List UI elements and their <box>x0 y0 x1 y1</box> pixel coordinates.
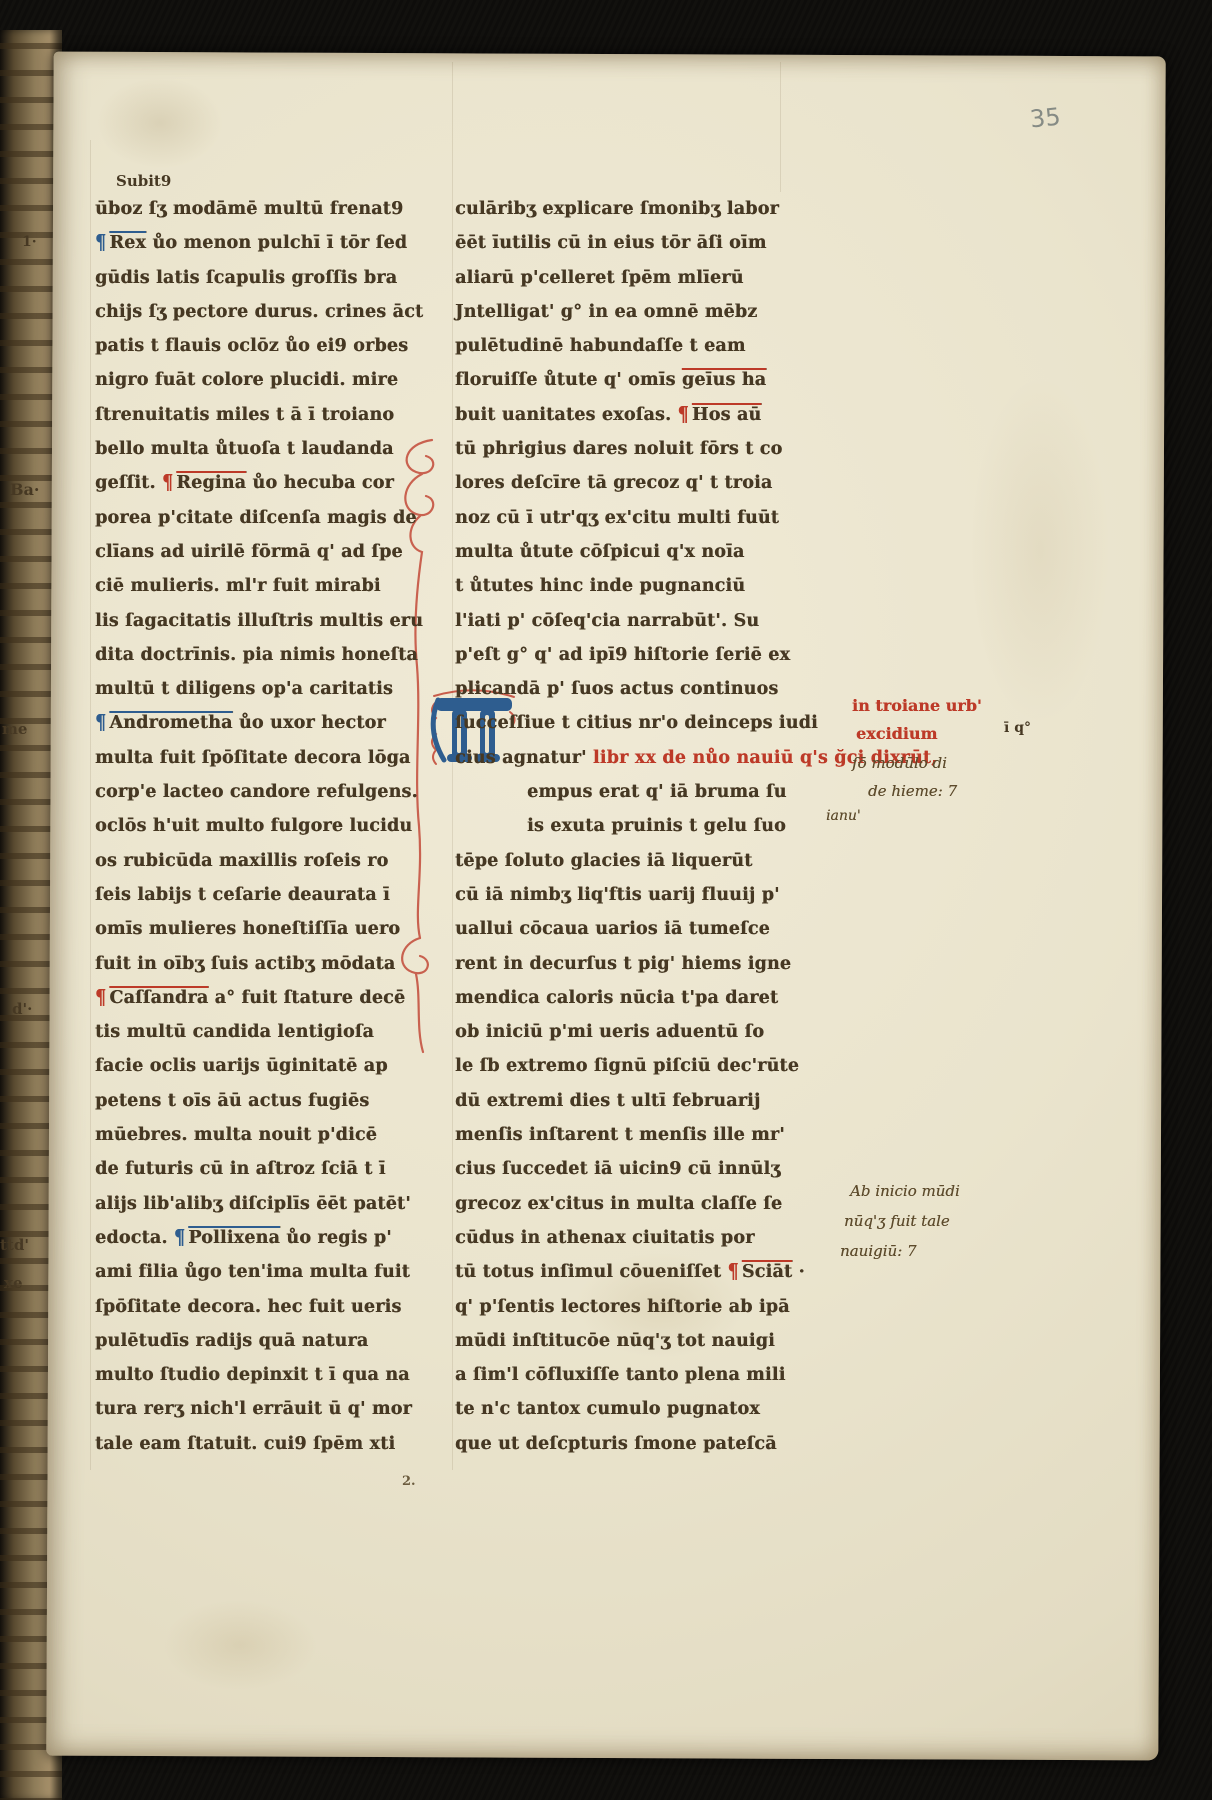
margin-note: xe <box>4 1274 23 1292</box>
text-segment: is exuta pruinis t gelu ſuo <box>527 816 786 836</box>
text-line: noz cū ī utr'qʒ ex'citu multi fuūt <box>455 501 803 535</box>
margin-note: excidium <box>856 724 937 743</box>
text-line: dita doctrīnis. pia nimis honeſta <box>95 638 441 672</box>
text-segment: lores deſcīre tā grecoz q' t troia <box>455 473 772 493</box>
text-segment: ůo menon pulchī ī tōr ſed <box>146 233 407 253</box>
text-line: ſucceſſiue t citius nr'o deinceps iudi <box>455 706 803 740</box>
text-line: fuit in oībʒ ſuis actibʒ mōdata <box>95 947 441 981</box>
text-line: ſeis labijs t ceſarie deaurata ī <box>95 878 441 912</box>
text-line: nigro fuāt colore plucidi. mire <box>95 363 441 397</box>
paraph-mark: ¶ <box>95 703 106 743</box>
text-segment: ſpōſitate decora. hec fuit ueris <box>95 1297 401 1317</box>
text-segment: empus erat q' iā bruma ſu <box>527 782 787 802</box>
text-segment: bello multa ůtuoſa t laudanda <box>95 439 394 459</box>
text-segment: plicandā p' ſuos actus continuos <box>455 679 778 699</box>
text-line: mendica caloris nūcia t'pa daret <box>455 981 803 1015</box>
text-line: alijs lib'alibʒ diſciplīs ēēt patēt' <box>95 1187 441 1221</box>
text-line: ſpōſitate decora. hec fuit ueris <box>95 1290 441 1324</box>
margin-note: Ba· <box>10 480 39 499</box>
text-segment: geſſit. <box>95 473 162 493</box>
text-segment: porea p'citate diſcenſa magis de <box>95 508 417 528</box>
text-segment: uallui cōcaua uarios iā tumeſce <box>455 919 770 939</box>
text-segment: multo ſtudio depinxit t ī qua na <box>95 1365 410 1385</box>
text-segment: Andrometha <box>109 713 232 733</box>
text-segment: ami filia ůgo ten'ima multa fuit <box>95 1262 410 1282</box>
text-segment: cius agnatur' <box>455 748 593 768</box>
margin-note: in troiane urb' <box>852 696 982 715</box>
text-segment: ůo uxor hector <box>233 713 386 733</box>
text-line: patis t flauis oclōz ůo ei9 orbes <box>95 329 441 363</box>
text-line: multū t diligens op'a caritatis <box>95 672 441 706</box>
text-segment: cū iā nimbʒ liq'ftis uarij fluuij p' <box>455 885 780 905</box>
text-segment: Caſſandra <box>109 988 208 1008</box>
text-segment: pulētudīs radijs quā natura <box>95 1331 368 1351</box>
text-line: mūebres. multa nouit p'dicē <box>95 1118 441 1152</box>
text-segment: dū extremi dies t ultī februarij <box>455 1091 760 1111</box>
text-line: ¶Rex ůo menon pulchī ī tōr ſed <box>95 226 441 260</box>
text-segment: tale eam ſtatuit. cui9 ſpēm xti <box>95 1434 395 1454</box>
margin-note: Subit9 <box>116 172 171 190</box>
margin-note: de hieme: 7 <box>868 782 957 800</box>
margin-note: 1· <box>22 234 37 250</box>
text-segment: buit uanitates exoſas. <box>455 405 678 425</box>
text-line: culāribʒ explicare ſmonibʒ labor <box>455 192 803 226</box>
paraph-mark: ¶ <box>95 978 106 1018</box>
text-line: lores deſcīre tā grecoz q' t troia <box>455 466 803 500</box>
text-line: dū extremi dies t ultī februarij <box>455 1084 803 1118</box>
text-segment: Rex <box>109 233 146 253</box>
margin-note: ī q° <box>1004 720 1031 736</box>
text-line: l'iati p' cōſeq'cia narrabūt'. Su <box>455 604 803 638</box>
text-line: menſis inſtarent t menſis ille mr' <box>455 1118 803 1152</box>
paraph-mark: ¶ <box>95 223 106 263</box>
text-line: cius agnatur' libr xx de nůo nauiū q's ğ… <box>455 741 803 775</box>
text-segment: lis ſagacitatis illuſtris multis eru <box>95 611 423 631</box>
text-line: tū totus inſimul cōueniſſet ¶Sciāt · <box>455 1255 803 1289</box>
text-column-left: ūboz ſʒ modāmē multū frenat9¶Rex ůo meno… <box>95 192 441 1461</box>
text-segment: ēēt īutilis cū in eius tōr āſi oīm <box>455 233 767 253</box>
text-segment: cūdus in athenax ciuitatis por <box>455 1228 755 1248</box>
paraph-mark: ¶ <box>174 1218 185 1258</box>
text-line: tura rerʒ nich'l errāuit ū q' mor <box>95 1392 441 1426</box>
text-line: t ůtutes hinc inde pugnanciū <box>455 569 803 603</box>
text-segment: omīs mulieres honeſtiſſīa uero <box>95 919 400 939</box>
text-line: plicandā p' ſuos actus continuos <box>455 672 803 706</box>
text-segment: facie oclis uarijs ūginitatē ap <box>95 1056 388 1076</box>
text-segment: l'iati p' cōſeq'cia narrabūt'. Su <box>455 611 759 631</box>
text-line: tis multū candida lentigioſa <box>95 1015 441 1049</box>
text-segment: edocta. <box>95 1228 174 1248</box>
manuscript-photo: 35 ūboz ſʒ modāmē multū <box>0 0 1212 1800</box>
text-line: geſſit. ¶Regina ůo hecuba cor <box>95 466 441 500</box>
text-line: ſtrenuitatis miles t ā ī troiano <box>95 398 441 432</box>
text-line: oclōs h'uit multo fulgore lucidu <box>95 809 441 843</box>
text-segment: multū t diligens op'a caritatis <box>95 679 393 699</box>
text-segment: patis t flauis oclōz ůo ei9 orbes <box>95 336 408 356</box>
text-line: buit uanitates exoſas. ¶Hos aū <box>455 398 803 432</box>
text-line: tēpe ſoluto glacies iā liquerūt <box>455 844 803 878</box>
text-segment: ciē mulieris. ml'r fuit mirabi <box>95 576 381 596</box>
folio-number: 35 <box>1029 102 1062 133</box>
text-segment: noz cū ī utr'qʒ ex'citu multi fuūt <box>455 508 779 528</box>
text-segment: Pollixena <box>188 1228 280 1248</box>
text-line: le ſb extremo ſignū piſciū dec'rūte <box>455 1049 803 1083</box>
text-segment: Sciāt <box>742 1262 792 1282</box>
text-line: corp'e lacteo candore refulgens. <box>95 775 441 809</box>
text-line: os rubicūda maxillis roſeis ro <box>95 844 441 878</box>
text-segment: clīans ad uirilē fōrmā q' ad ſpe <box>95 542 403 562</box>
text-segment: ob iniciū p'mi ueris aduentū ſo <box>455 1022 764 1042</box>
text-line: ūboz ſʒ modāmē multū frenat9 <box>95 192 441 226</box>
text-line: petens t oīs āū actus fugiēs <box>95 1084 441 1118</box>
text-segment: nigro fuāt colore plucidi. mire <box>95 370 398 390</box>
quire-mark: 2. <box>402 1474 416 1489</box>
text-line: porea p'citate diſcenſa magis de <box>95 501 441 535</box>
text-segment: q' p'ſentis lectores hiſtorie ab ipā <box>455 1297 790 1317</box>
text-segment: ſucceſſiue t citius nr'o deinceps iudi <box>455 713 818 733</box>
text-segment: menſis inſtarent t menſis ille mr' <box>455 1125 785 1145</box>
text-line: ¶Andrometha ůo uxor hector <box>95 706 441 740</box>
text-line: q' p'ſentis lectores hiſtorie ab ipā <box>455 1290 803 1324</box>
text-column-right: culāribʒ explicare ſmonibʒ laborēēt īuti… <box>455 192 803 1461</box>
text-segment: aliarū p'celleret ſpēm mlīerū <box>455 268 744 288</box>
text-segment: t ůtutes hinc inde pugnanciū <box>455 576 745 596</box>
text-segment: culāribʒ explicare ſmonibʒ labor <box>455 199 779 219</box>
text-segment: cius ſuccedet iā uicin9 cū innūlʒ <box>455 1159 780 1179</box>
margin-note: nauigiū: 7 <box>840 1242 917 1260</box>
text-segment: mūdi inſtitucōe nūq'ʒ tot nauigi <box>455 1331 775 1351</box>
text-segment: grecoz ex'citus in multa claſſe ſe <box>455 1194 782 1214</box>
text-line: a ſim'l cōfluxiſſe tanto plena mili <box>455 1358 803 1392</box>
text-segment: tēpe ſoluto glacies iā liquerūt <box>455 851 752 871</box>
text-line: cū iā nimbʒ liq'ftis uarij fluuij p' <box>455 878 803 912</box>
margin-note: ttd' <box>0 1236 29 1254</box>
text-line: rent in decurſus t pig' hiems igne <box>455 947 803 981</box>
text-segment: fuit in oībʒ ſuis actibʒ mōdata <box>95 954 395 974</box>
margin-note: Ab inicio mūdi <box>850 1182 960 1200</box>
text-line: uallui cōcaua uarios iā tumeſce <box>455 912 803 946</box>
text-line: chijs ſʒ pectore durus. crines āct <box>95 295 441 329</box>
text-line: tale eam ſtatuit. cui9 ſpēm xti <box>95 1427 441 1461</box>
text-segment: que ut deſcpturis ſmone pateſcā <box>455 1434 777 1454</box>
text-line: multa fuit ſpōſitate decora lōga <box>95 741 441 775</box>
text-line: p'eſt g° q' ad ipī9 hiſtorie ſeriē ex <box>455 638 803 672</box>
text-segment: gūdis latis ſcapulis groſſis bra <box>95 268 397 288</box>
text-segment: rent in decurſus t pig' hiems igne <box>455 954 791 974</box>
margin-note: ſō modūlo di <box>852 754 947 772</box>
text-line: pulētudīs radijs quā natura <box>95 1324 441 1358</box>
text-segment: corp'e lacteo candore refulgens. <box>95 782 418 802</box>
text-line: edocta. ¶Pollixena ůo regis p' <box>95 1221 441 1255</box>
text-line: empus erat q' iā bruma ſu <box>527 775 803 809</box>
text-line: ob iniciū p'mi ueris aduentū ſo <box>455 1015 803 1049</box>
text-segment: Hos aū <box>692 405 761 425</box>
text-line: cūdus in athenax ciuitatis por <box>455 1221 803 1255</box>
text-line: aliarū p'celleret ſpēm mlīerū <box>455 261 803 295</box>
text-line: gūdis latis ſcapulis groſſis bra <box>95 261 441 295</box>
text-segment: pulētudinē habundaſſe t eam <box>455 336 746 356</box>
text-segment: Regina <box>176 473 246 493</box>
text-segment: tū phrigius dares noluit fōrs t co <box>455 439 782 459</box>
text-line: floruiſſe ůtute q' omīs geīus ha <box>455 363 803 397</box>
margin-note: me <box>2 720 27 738</box>
text-segment: le ſb extremo ſignū piſciū dec'rūte <box>455 1056 799 1076</box>
text-line: pulētudinē habundaſſe t eam <box>455 329 803 363</box>
margin-note: nūq'ʒ fuit tale <box>844 1212 950 1230</box>
text-line: multa ůtute cōſpicui q'x noīa <box>455 535 803 569</box>
text-segment: ůo regis p' <box>280 1228 392 1248</box>
text-line: grecoz ex'citus in multa claſſe ſe <box>455 1187 803 1221</box>
text-line: de futuris cū in aſtroz ſciā t ī <box>95 1152 441 1186</box>
text-segment: ůo hecuba cor <box>246 473 394 493</box>
text-segment: Jntelligat' g° in ea omnē mēbz <box>455 302 757 322</box>
text-line: te n'c tantox cumulo pugnatox <box>455 1392 803 1426</box>
text-segment: oclōs h'uit multo fulgore lucidu <box>95 816 412 836</box>
text-segment: a° fuit ſtature decē <box>208 988 405 1008</box>
text-line: clīans ad uirilē fōrmā q' ad ſpe <box>95 535 441 569</box>
text-line: Jntelligat' g° in ea omnē mēbz <box>455 295 803 329</box>
text-line: is exuta pruinis t gelu ſuo <box>527 809 803 843</box>
text-segment: floruiſſe ůtute q' omīs <box>455 370 682 390</box>
text-segment: alijs lib'alibʒ diſciplīs ēēt patēt' <box>95 1194 411 1214</box>
text-line: cius ſuccedet iā uicin9 cū innūlʒ <box>455 1152 803 1186</box>
text-segment: ūboz ſʒ modāmē multū frenat9 <box>95 199 403 219</box>
text-segment: chijs ſʒ pectore durus. crines āct <box>95 302 423 322</box>
text-segment: petens t oīs āū actus fugiēs <box>95 1091 369 1111</box>
text-segment: multa fuit ſpōſitate decora lōga <box>95 748 410 768</box>
text-segment: geīus ha <box>682 370 766 390</box>
text-segment: p'eſt g° q' ad ipī9 hiſtorie ſeriē ex <box>455 645 790 665</box>
text-segment: mendica caloris nūcia t'pa daret <box>455 988 778 1008</box>
text-segment: ſtrenuitatis miles t ā ī troiano <box>95 405 394 425</box>
text-segment: mūebres. multa nouit p'dicē <box>95 1125 377 1145</box>
text-line: ciē mulieris. ml'r fuit mirabi <box>95 569 441 603</box>
text-segment: tū totus inſimul cōueniſſet <box>455 1262 727 1282</box>
text-line: ¶Caſſandra a° fuit ſtature decē <box>95 981 441 1015</box>
text-line: facie oclis uarijs ūginitatē ap <box>95 1049 441 1083</box>
ruling-line <box>780 62 781 192</box>
margin-note: ianu' <box>826 808 861 824</box>
text-segment: multa ůtute cōſpicui q'x noīa <box>455 542 744 562</box>
text-line: ami filia ůgo ten'ima multa fuit <box>95 1255 441 1289</box>
text-segment: a ſim'l cōfluxiſſe tanto plena mili <box>455 1365 785 1385</box>
text-line: ēēt īutilis cū in eius tōr āſi oīm <box>455 226 803 260</box>
text-segment: te n'c tantox cumulo pugnatox <box>455 1399 760 1419</box>
text-line: bello multa ůtuoſa t laudanda <box>95 432 441 466</box>
text-line: tū phrigius dares noluit fōrs t co <box>455 432 803 466</box>
text-segment: tura rerʒ nich'l errāuit ū q' mor <box>95 1399 412 1419</box>
text-line: mūdi inſtitucōe nūq'ʒ tot nauigi <box>455 1324 803 1358</box>
text-segment: ſeis labijs t ceſarie deaurata ī <box>95 885 390 905</box>
text-line: lis ſagacitatis illuſtris multis eru <box>95 604 441 638</box>
text-line: omīs mulieres honeſtiſſīa uero <box>95 912 441 946</box>
text-line: que ut deſcpturis ſmone pateſcā <box>455 1427 803 1461</box>
text-line: multo ſtudio depinxit t ī qua na <box>95 1358 441 1392</box>
text-segment: os rubicūda maxillis roſeis ro <box>95 851 388 871</box>
text-segment: dita doctrīnis. pia nimis honeſta <box>95 645 418 665</box>
paraph-mark: ¶ <box>727 1252 738 1292</box>
ruling-line <box>90 140 91 1470</box>
text-segment: de futuris cū in aſtroz ſciā t ī <box>95 1159 386 1179</box>
paraph-mark: ¶ <box>678 395 689 435</box>
text-segment: · <box>792 1262 805 1282</box>
text-segment: tis multū candida lentigioſa <box>95 1022 374 1042</box>
margin-note: d'· <box>12 1000 32 1018</box>
paraph-mark: ¶ <box>162 463 173 503</box>
